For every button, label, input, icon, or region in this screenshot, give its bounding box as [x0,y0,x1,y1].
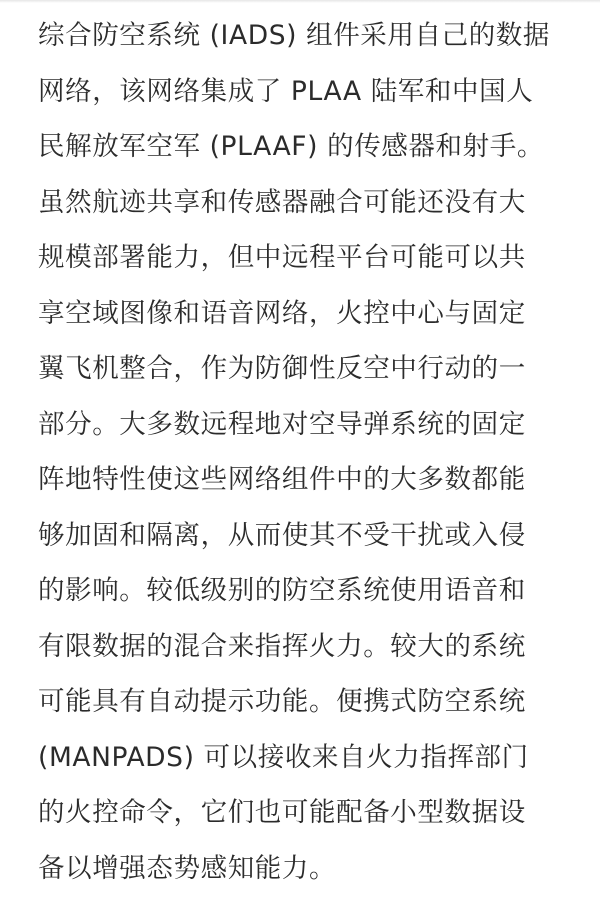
text-line: 的影响。较低级别的防空系统使用语音和 [38,563,568,619]
paragraph-2: 虽然航迹共享和传感器融合可能还没有大 规模部署能力，但中远程平台可能可以共 享空… [38,175,568,897]
text-line: 网络，该网络集成了 PLAA 陆军和中国人 [38,64,568,120]
text-line: 翼飞机整合，作为防御性反空中行动的一 [38,341,568,397]
text-line: 虽然航迹共享和传感器融合可能还没有大 [38,175,568,231]
top-divider [0,0,600,3]
text-line: 够加固和隔离，从而使其不受干扰或入侵 [38,508,568,564]
article-body: 综合防空系统 (IADS) 组件采用自己的数据 网络，该网络集成了 PLAA 陆… [38,8,568,896]
text-line: 的火控命令，它们也可能配备小型数据设 [38,785,568,841]
text-line: 备以增强态势感知能力。 [38,841,568,897]
text-line: 阵地特性使这些网络组件中的大多数都能 [38,452,568,508]
text-line: 综合防空系统 (IADS) 组件采用自己的数据 [38,8,568,64]
text-line: 民解放军空军 (PLAAF) 的传感器和射手。 [38,119,568,175]
text-line: (MANPADS) 可以接收来自火力指挥部门 [38,730,568,786]
text-line: 部分。大多数远程地对空导弹系统的固定 [38,397,568,453]
paragraph-1: 综合防空系统 (IADS) 组件采用自己的数据 网络，该网络集成了 PLAA 陆… [38,8,568,175]
text-line: 可能具有自动提示功能。便携式防空系统 [38,674,568,730]
text-line: 享空域图像和语音网络，火控中心与固定 [38,286,568,342]
text-line: 规模部署能力，但中远程平台可能可以共 [38,230,568,286]
text-line: 有限数据的混合来指挥火力。较大的系统 [38,619,568,675]
